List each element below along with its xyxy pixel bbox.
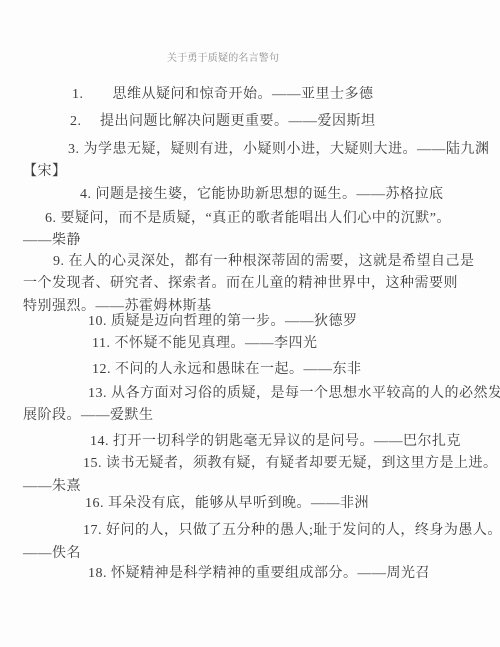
quote-line: 11. 不怀疑不能见真理。——李四光 xyxy=(23,333,500,355)
quote-line: ——柴静 xyxy=(23,230,500,252)
document-page: 关于勇于质疑的名言警句 1. 思维从疑问和惊奇开始。——亚里士多德2. 提出问题… xyxy=(0,0,500,647)
quote-line: 2. 提出问题比解决问题更重要。——爱因斯坦 xyxy=(23,111,500,133)
quote-paragraph: 1. 思维从疑问和惊奇开始。——亚里士多德 xyxy=(23,84,500,106)
quote-line: 3. 为学患无疑，疑则有进，小疑则小进，大疑则大进。——陆九渊 xyxy=(23,139,500,161)
quote-line: 12. 不问的人永远和愚昧在一起。——东非 xyxy=(23,359,500,381)
quote-line: 一个发现者、研究者、探索者。而在儿童的精神世界中，这种需要则 xyxy=(23,273,500,295)
quote-paragraph: 12. 不问的人永远和愚昧在一起。——东非 xyxy=(23,359,500,381)
quote-line: 1. 思维从疑问和惊奇开始。——亚里士多德 xyxy=(23,84,500,106)
quote-paragraph: 16. 耳朵没有底，能够从早听到晚。——非洲 xyxy=(23,493,500,515)
quote-line: 【宋】 xyxy=(23,161,500,183)
quote-line: 10. 质疑是迈向哲理的第一步。——狄德罗 xyxy=(23,311,500,333)
quote-paragraph: 13. 从各方面对习俗的质疑，是每一个思想水平较高的人的必然发展阶段。——爱默生 xyxy=(23,383,500,428)
quote-line: ——佚名 xyxy=(23,543,500,565)
quote-paragraph: 9. 在人的心灵深处，都有一种根深蒂固的需要，这就是希望自己是一个发现者、研究者… xyxy=(23,251,500,318)
quote-paragraph: 2. 提出问题比解决问题更重要。——爱因斯坦 xyxy=(23,111,500,133)
quote-line: 16. 耳朵没有底，能够从早听到晚。——非洲 xyxy=(23,493,500,515)
quote-paragraph: 18. 怀疑精神是科学精神的重要组成部分。——周光召 xyxy=(23,563,500,585)
quote-paragraph: 17. 好问的人，只做了五分种的愚人;耻于发问的人，终身为愚人。——佚名 xyxy=(23,520,500,565)
quote-line: 17. 好问的人，只做了五分种的愚人;耻于发问的人，终身为愚人。 xyxy=(23,520,500,542)
quote-line: 13. 从各方面对习俗的质疑，是每一个思想水平较高的人的必然发 xyxy=(23,383,500,405)
quote-line: 9. 在人的心灵深处，都有一种根深蒂固的需要，这就是希望自己是 xyxy=(23,251,500,273)
page-title: 关于勇于质疑的名言警句 xyxy=(167,49,279,64)
document-body: 1. 思维从疑问和惊奇开始。——亚里士多德2. 提出问题比解决问题更重要。——爱… xyxy=(23,84,500,586)
quote-paragraph: 6. 要疑问，而不是质疑，“真正的歌者能唱出人们心中的沉默”。——柴静 xyxy=(23,208,500,253)
quote-line: 18. 怀疑精神是科学精神的重要组成部分。——周光召 xyxy=(23,563,500,585)
quote-line: 14. 打开一切科学的钥匙毫无异议的是问号。——巴尔扎克 xyxy=(23,431,500,453)
quote-paragraph: 3. 为学患无疑，疑则有进，小疑则小进，大疑则大进。——陆九渊【宋】 xyxy=(23,139,500,184)
quote-line: 6. 要疑问，而不是质疑，“真正的歌者能唱出人们心中的沉默”。 xyxy=(23,208,500,230)
quote-paragraph: 15. 读书无疑者，须教有疑，有疑者却要无疑，到这里方是上进。——朱熹 xyxy=(23,453,500,498)
quote-line: 15. 读书无疑者，须教有疑，有疑者却要无疑，到这里方是上进。 xyxy=(23,453,500,475)
quote-paragraph: 14. 打开一切科学的钥匙毫无异议的是问号。——巴尔扎克 xyxy=(23,431,500,453)
quote-paragraph: 4. 问题是接生婆，它能协助新思想的诞生。——苏格拉底 xyxy=(23,184,500,206)
quote-paragraph: 11. 不怀疑不能见真理。——李四光 xyxy=(23,333,500,355)
quote-line: 展阶段。——爱默生 xyxy=(23,405,500,427)
quote-line: 4. 问题是接生婆，它能协助新思想的诞生。——苏格拉底 xyxy=(23,184,500,206)
quote-paragraph: 10. 质疑是迈向哲理的第一步。——狄德罗 xyxy=(23,311,500,333)
